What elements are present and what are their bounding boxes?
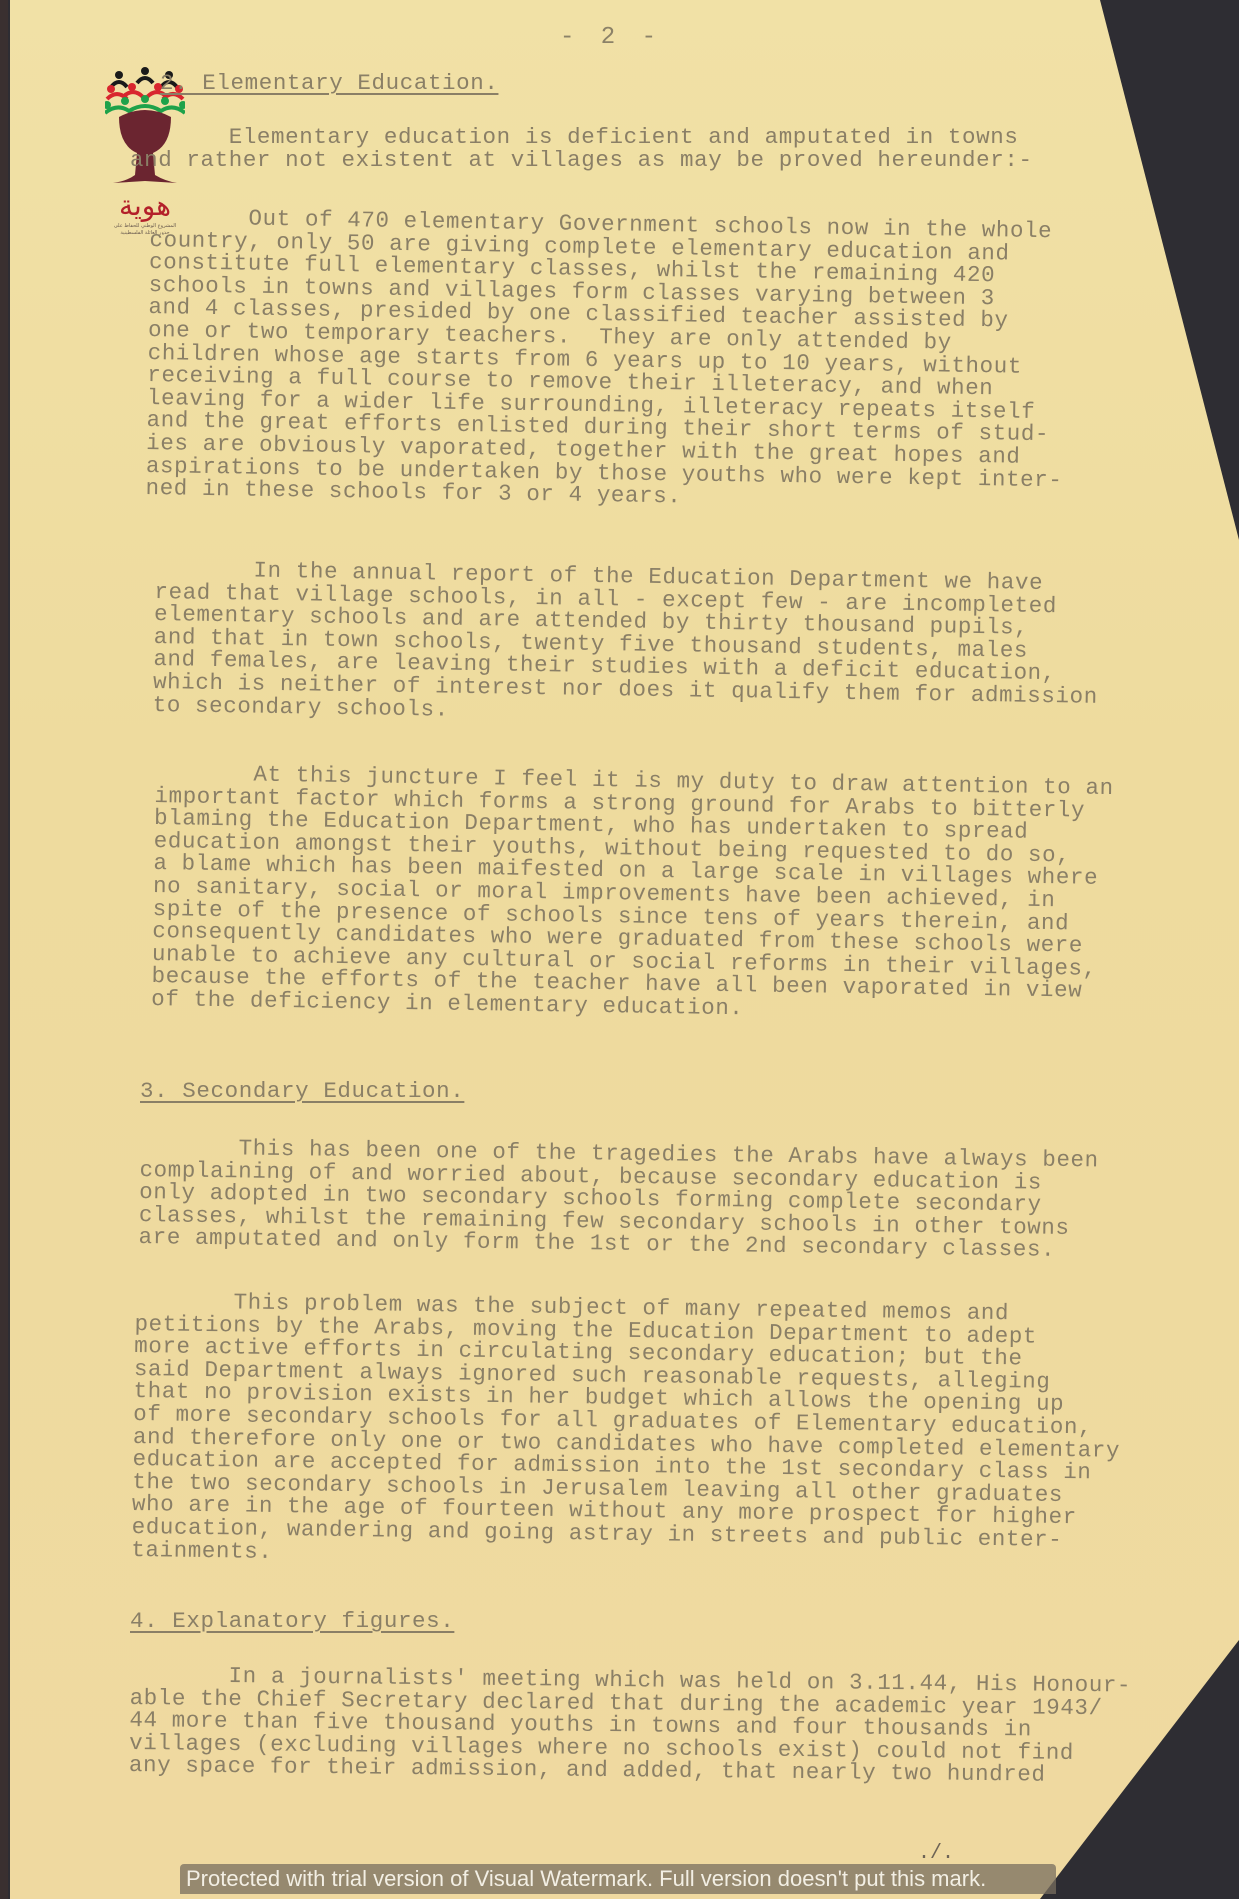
continuation-mark: ./. [918,1842,954,1865]
paragraph-elementary-intro: Elementary education is deficient and am… [130,126,1033,171]
paragraph-juncture: At this juncture I feel it is my duty to… [151,762,1114,1026]
page-edge-shadow [0,0,8,1899]
section-heading-secondary: 3. Secondary Education. [140,1080,464,1103]
page-number: - 2 - [560,24,662,51]
paragraph-annual-report: In the annual report of the Education De… [153,558,1100,731]
paragraph-elementary-schools: Out of 470 elementary Government schools… [145,206,1066,514]
watermark-banner: Protected with trial version of Visual W… [180,1864,1056,1894]
section-heading-figures: 4. Explanatory figures. [130,1610,454,1633]
paragraph-journalists-meeting: In a journalists' meeting which was held… [129,1664,1131,1787]
paragraph-secondary-problem: This problem was the subject of many rep… [131,1290,1122,1575]
section-heading-elementary: 2. Elementary Education. [160,72,498,95]
paragraph-secondary-tragedies: This has been one of the tragedies the A… [138,1136,1098,1262]
